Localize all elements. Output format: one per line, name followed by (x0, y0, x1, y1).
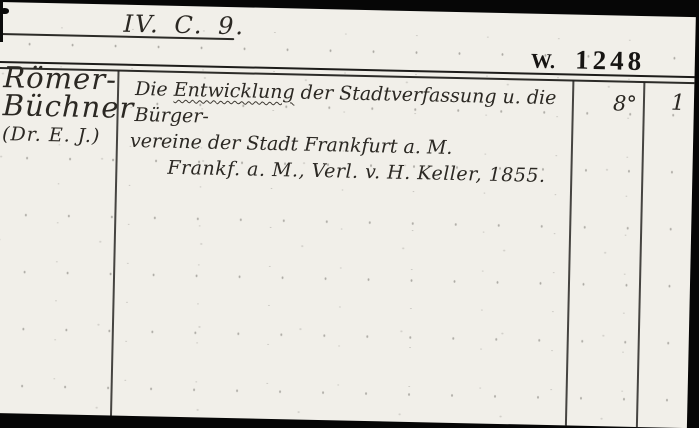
accession-number: 1248 (575, 45, 646, 78)
accession-letter: W. (531, 49, 556, 75)
copies-value: 1 (643, 90, 695, 116)
divider-title-format (565, 81, 575, 426)
author-column: Römer- Büchner (Dr. E. J.) (2, 63, 118, 147)
title-entry: Die Entwicklung der Stadtverfassung u. d… (129, 76, 567, 189)
scan-edge-artifact-left (0, 0, 3, 42)
title-line-1: Die Entwicklung der Stadtverfassung u. d… (130, 76, 567, 137)
title-underlined-word: Entwicklung (173, 79, 294, 104)
author-line-3: (Dr. E. J.) (2, 123, 116, 147)
format-value: 8° (572, 91, 644, 117)
catalog-card: IV. C. 9. W. 1248 Römer- Büchner (Dr. E.… (0, 2, 696, 428)
scanned-catalog-card-page: IV. C. 9. W. 1248 Römer- Büchner (Dr. E.… (0, 0, 699, 428)
title-line1-pre: Die (135, 78, 174, 101)
divider-format-copies (636, 82, 646, 427)
author-line-2: Büchner (2, 91, 117, 121)
scan-edge-artifact-blob (0, 8, 9, 14)
